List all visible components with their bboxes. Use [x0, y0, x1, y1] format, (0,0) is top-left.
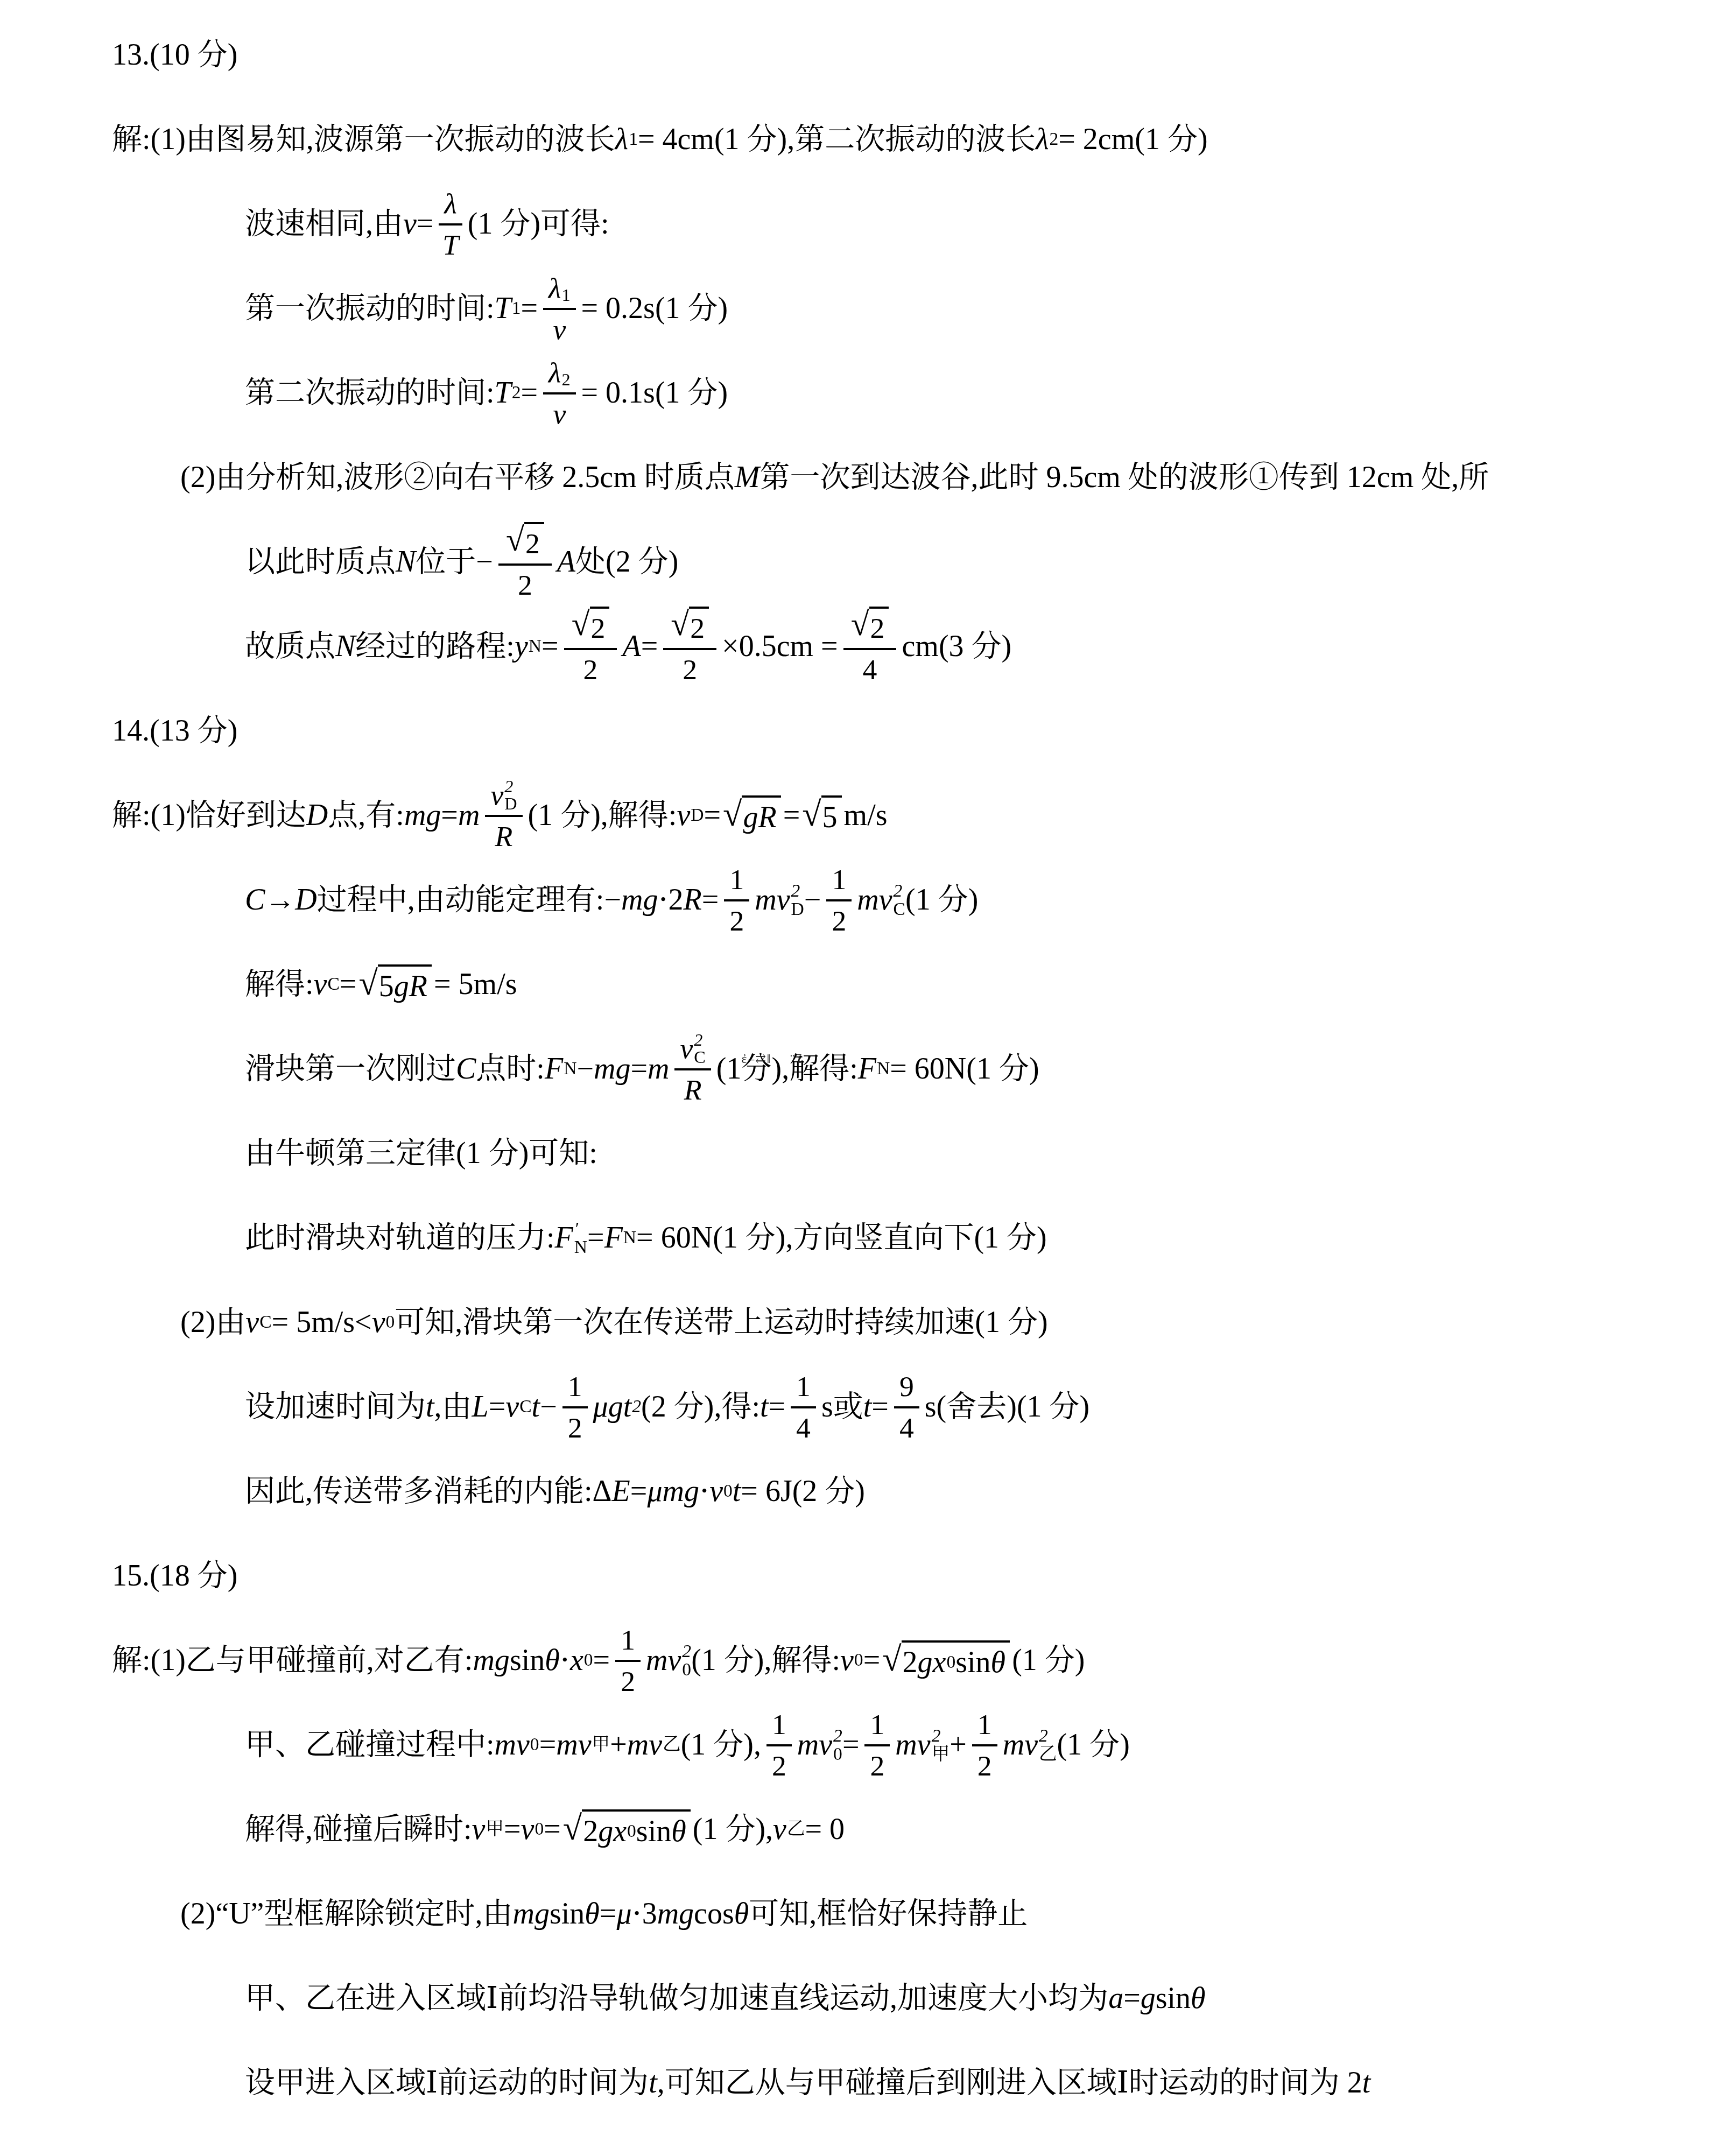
math-variable: N — [396, 544, 416, 580]
q13-point-n-position: 以此时质点 N 位于−√22A 处(2 分) — [0, 520, 1709, 604]
math-upright: = 0 — [805, 1812, 845, 1848]
fraction-denominator: T — [442, 226, 459, 263]
subscript: N — [574, 1238, 587, 1257]
superscript: 2 — [833, 1727, 842, 1745]
fraction-denominator: 2 — [683, 650, 697, 687]
radical: √2gx0 sinθ — [563, 1809, 691, 1850]
fraction-denominator: R — [495, 817, 513, 854]
fraction: √22 — [663, 607, 716, 687]
subscript: C — [894, 900, 905, 919]
math-upright: 4 — [863, 652, 877, 687]
text-run: 点时: — [476, 1051, 545, 1087]
subscript: 0 — [627, 1821, 636, 1842]
math-upright: = — [702, 882, 719, 918]
math-variable: λ — [444, 186, 456, 221]
subscript: 1 — [561, 285, 570, 306]
q13-header: 13.(10 分) — [0, 13, 1709, 97]
math-upright: ⋅ — [699, 1474, 709, 1510]
math-upright: 2 — [583, 652, 598, 687]
math-variable: a — [1108, 1981, 1123, 2017]
math-variable: N — [335, 629, 355, 665]
fraction: 12 — [972, 1707, 997, 1783]
math-upright: cos — [694, 1896, 734, 1932]
text-run: ,由 — [434, 1389, 472, 1425]
q14-part1-point-d: 解:(1)恰好到达 D 点,有: mg = mv2DR(1 分),解得: vD … — [0, 773, 1709, 858]
sub-sup-stack: 2甲 — [932, 1727, 950, 1763]
subscript: 乙 — [787, 1819, 805, 1840]
math-upright: = 60N — [890, 1051, 966, 1087]
math-upright: 1 — [832, 862, 846, 897]
text-run: (1 分),解得: — [691, 1643, 840, 1679]
math-variable: θ — [585, 1896, 600, 1932]
math-variable: M — [735, 460, 760, 496]
math-upright: ⋅2 — [658, 882, 683, 918]
math-variable: θ — [671, 1814, 686, 1850]
text-run: ,可知乙从与甲碰撞后到刚进入区域Ⅰ时运动的时间为 2 — [657, 2065, 1362, 2101]
subscript: 甲 — [932, 1745, 950, 1764]
subscript: 1 — [512, 298, 521, 319]
q15-part2-u-frame: (2)“U”型框解除锁定时,由 mg sinθ = μ⋅3mg cosθ 可知,… — [0, 1872, 1709, 1956]
math-variable: A — [557, 544, 575, 580]
radicand: 2 — [689, 607, 709, 646]
text-run: 设加速时间为 — [245, 1389, 426, 1425]
math-variable: v — [709, 1474, 723, 1510]
text-run: 解得: — [245, 967, 314, 1003]
fraction: √22 — [498, 522, 552, 602]
math-variable: v — [553, 312, 566, 347]
math-upright: 1 — [621, 1623, 635, 1658]
text-run: 经过的路程: — [355, 629, 515, 665]
math-upright: − — [540, 1389, 557, 1425]
text-run: (1 分),解得: — [528, 798, 677, 834]
math-upright: cm — [902, 629, 938, 665]
fraction: 12 — [724, 862, 749, 938]
text-run: 甲、乙在进入区域Ⅰ前均沿导轨做匀加速直线运动,加速度大小均为 — [245, 1981, 1108, 2017]
subscript: 甲 — [592, 1734, 610, 1756]
fraction-denominator: R — [684, 1070, 702, 1108]
math-variable: μg — [593, 1389, 623, 1425]
q13-path-length: 故质点 N 经过的路程: yN = √22A = √22×0.5cm = √24… — [0, 604, 1709, 689]
math-upright: 1 — [977, 1707, 992, 1742]
math-variable: t — [1362, 2065, 1371, 2101]
text-run: 处(2 分) — [575, 544, 678, 580]
math-upright: ⋅3 — [631, 1896, 657, 1932]
subscript: 1 — [629, 129, 638, 150]
subscript: N — [529, 636, 541, 657]
math-variable: v — [840, 1643, 854, 1679]
math-variable: gR — [394, 969, 427, 1005]
subscript: 0 — [723, 1481, 733, 1502]
text-run: 滑块第一次刚过 — [245, 1051, 456, 1087]
text-run: 解:(1)恰好到达 — [112, 798, 306, 834]
fraction-numerator: λ2 — [543, 355, 575, 394]
math-variable: mv — [556, 1727, 591, 1763]
text-run: 位于 — [416, 544, 476, 580]
math-variable: θ — [991, 1645, 1006, 1681]
math-variable: v — [472, 1812, 486, 1848]
subscript: D — [691, 805, 704, 826]
math-upright: = — [441, 798, 458, 834]
fraction: λT — [439, 186, 462, 262]
q14-first-pass-c: 滑块第一次刚过 C 点时: FN − mg = mv2CR(1 ἐ–⇄ǁ分), … — [0, 1027, 1709, 1111]
math-variable: t — [532, 1389, 540, 1425]
q15-after-collision: 解得,碰撞后瞬时: v甲 = v0 = √2gx0 sinθ (1 分), v乙… — [0, 1787, 1709, 1872]
fraction-denominator: 2 — [772, 1746, 786, 1784]
sub-sup-stack: 2C — [694, 1031, 706, 1066]
radical-sign: √ — [358, 966, 377, 1001]
math-upright: 2 — [683, 652, 697, 687]
radical-sign: √ — [506, 524, 524, 557]
text-run: 可知,框恰好保持静止 — [749, 1896, 1028, 1932]
math-upright: 2 — [870, 1749, 884, 1784]
math-variable: μmg — [647, 1474, 699, 1510]
math-upright: = — [539, 1727, 557, 1763]
math-upright: = 6J — [741, 1474, 792, 1510]
radical: √2 — [671, 607, 709, 646]
fraction-denominator: 4 — [796, 1408, 811, 1446]
q14-cd-energy-theorem: C→D 过程中,由动能定理有: −mg⋅2R = 12mv2D − 12mv2C… — [0, 858, 1709, 942]
math-upright: = 5m/s — [434, 967, 517, 1003]
text-run: 15.(18 分) — [112, 1558, 237, 1594]
subscript: D — [791, 900, 804, 919]
math-variable: v — [314, 967, 327, 1003]
math-variable: mg — [473, 1643, 509, 1679]
radicand: 2gx0 sinθ — [902, 1640, 1010, 1681]
q14-track-force: 此时滑块对轨道的压力: F′N = FN = 60N (1 分),方向竖直向下(… — [0, 1196, 1709, 1280]
math-upright: 4 — [899, 1411, 914, 1446]
text-run: (1 分) — [655, 375, 728, 411]
math-upright: 2 — [591, 611, 606, 646]
math-upright: − — [576, 1051, 594, 1087]
math-variable: D — [306, 798, 328, 834]
math-upright: 2 — [977, 1749, 992, 1784]
fraction-numerator: 1 — [724, 862, 749, 901]
q15-uniform-acceleration: 甲、乙在进入区域Ⅰ前均沿导轨做匀加速直线运动,加速度大小均为 a = g sin… — [0, 1956, 1709, 2041]
subscript: 0 — [833, 1745, 842, 1764]
math-variable: F — [604, 1220, 623, 1256]
subscript: 乙 — [1039, 1745, 1057, 1764]
subscript: 0 — [534, 1819, 544, 1840]
math-upright: 2 — [621, 1664, 635, 1699]
math-upright: = — [489, 1389, 506, 1425]
fraction-numerator: 1 — [864, 1707, 890, 1746]
math-upright: 2 — [832, 904, 846, 939]
math-variable: C — [245, 882, 265, 918]
math-variable: A — [622, 629, 641, 665]
math-upright: = — [587, 1220, 604, 1256]
math-upright: 2 — [690, 611, 705, 646]
math-variable: E — [612, 1474, 630, 1510]
math-variable: y — [515, 629, 528, 665]
text-run: 13.(10 分) — [112, 37, 237, 73]
math-upright: 1 — [568, 1369, 582, 1404]
math-upright: = — [769, 1389, 786, 1425]
sub-sup-stack: 20 — [682, 1643, 691, 1679]
text-run: 第一次振动的时间: — [245, 291, 495, 327]
math-variable: m — [458, 798, 480, 834]
q14-part2-belt: (2)由 vC = 5m/s<v0 可知,滑块第一次在传送带上运动时持续加速(1… — [0, 1280, 1709, 1365]
math-variable: T — [495, 291, 511, 327]
text-run: (1 分),第二次振动的波长 — [714, 122, 1036, 158]
sub-sup-stack: 2D — [791, 882, 804, 918]
math-upright: = — [541, 629, 559, 665]
text-run: (舍去)(1 分) — [937, 1389, 1090, 1425]
radical-sign: √ — [851, 608, 869, 642]
math-variable: mg — [512, 1896, 549, 1932]
text-run: 故质点 — [245, 629, 335, 665]
superscript: 2 — [791, 882, 800, 900]
math-upright: 5 — [822, 800, 838, 836]
text-run: (2 分) — [792, 1474, 865, 1510]
subscript: 2 — [1049, 129, 1058, 150]
fraction-denominator: 4 — [863, 650, 877, 687]
sub-sup-stack: 2C — [894, 882, 905, 918]
text-run: 解:(1)由图易知,波源第一次振动的波长 — [112, 122, 615, 158]
math-variable: D — [295, 882, 317, 918]
q13-wave-speed: 波速相同,由v = λT(1 分)可得: — [0, 182, 1709, 266]
text-run: (2 分),得: — [641, 1389, 760, 1425]
fraction-numerator: 1 — [766, 1707, 792, 1746]
math-upright: 2 — [729, 904, 744, 939]
radicand: gR — [742, 795, 780, 836]
fraction: √24 — [843, 607, 897, 687]
math-variable: t — [733, 1474, 741, 1510]
math-variable: v — [245, 1305, 259, 1341]
math-variable: λ — [615, 122, 628, 158]
fraction-numerator: √2 — [498, 522, 552, 566]
fraction: 12 — [562, 1369, 588, 1445]
subscript: C — [327, 974, 339, 995]
radicand: 2gx0 sinθ — [582, 1809, 691, 1850]
radical-sign: √ — [563, 1811, 582, 1845]
math-variable: λ — [548, 271, 561, 306]
math-variable: mv — [895, 1727, 930, 1763]
radicand: 2 — [590, 607, 610, 646]
text-run: 或 — [833, 1389, 863, 1425]
text-run: (1 分) — [905, 882, 978, 918]
text-run: 设甲进入区域Ⅰ前运动的时间为 — [245, 2065, 649, 2101]
subscript: C — [259, 1312, 271, 1333]
text-run: (3 分) — [939, 629, 1011, 665]
text-run: 第一次到达波谷,此时 9.5cm 处的波形①传到 12cm 处,所 — [759, 460, 1489, 496]
radical: √2 — [506, 522, 544, 561]
math-variable: θ — [1191, 1981, 1206, 2017]
text-run: 以此时质点 — [245, 544, 396, 580]
math-variable: v — [680, 1031, 693, 1066]
math-upright: 1 — [870, 1707, 884, 1742]
fraction-numerator: 1 — [562, 1369, 588, 1408]
math-upright: − — [476, 544, 493, 580]
fraction-numerator: v2C — [674, 1031, 711, 1070]
radical: √gR — [723, 795, 781, 836]
fraction: v2DR — [485, 778, 522, 854]
text-run: (1 分) — [1135, 122, 1207, 158]
math-variable: μ — [616, 1896, 631, 1932]
subscript: 甲 — [486, 1819, 504, 1840]
math-upright: m/s — [844, 798, 888, 834]
sub-sup-stack: 2D — [504, 778, 517, 813]
math-upright: sin — [510, 1643, 545, 1679]
radicand: 5gR — [378, 964, 432, 1005]
subscript: N — [877, 1058, 890, 1080]
math-variable: θ — [734, 1896, 749, 1932]
fraction: 14 — [791, 1369, 816, 1445]
math-upright: sin — [1156, 1981, 1191, 2017]
text-run: (1 分) — [966, 1051, 1039, 1087]
text-run: 因此,传送带多消耗的内能: — [245, 1474, 593, 1510]
q14-header: 14.(13 分) — [0, 689, 1709, 773]
math-variable: g — [1141, 1981, 1156, 2017]
subscript: 0 — [530, 1734, 539, 1756]
fraction: 12 — [826, 862, 852, 938]
fraction: λ1v — [543, 271, 575, 347]
q15-part1-before-collision: 解:(1)乙与甲碰撞前,对乙有: mg sinθ⋅x0 = 12mv20(1 分… — [0, 1618, 1709, 1703]
math-variable: gx — [598, 1814, 627, 1850]
fraction-denominator: v — [553, 394, 566, 432]
math-upright: = — [504, 1812, 521, 1848]
radical-sign: √ — [723, 797, 742, 832]
fraction-denominator: 2 — [583, 650, 598, 687]
text-run: (1 分)可得: — [468, 206, 609, 242]
superscript: 2 — [932, 1727, 941, 1745]
math-variable: mg — [594, 1051, 630, 1087]
fraction: 12 — [615, 1623, 641, 1699]
fraction: 12 — [766, 1707, 792, 1783]
fraction-denominator: 2 — [977, 1746, 992, 1784]
math-upright: − — [604, 882, 621, 918]
subscript: 乙 — [663, 1734, 681, 1756]
text-run: 解得,碰撞后瞬时: — [245, 1812, 472, 1848]
math-variable: mv — [797, 1727, 832, 1763]
sub-sup-stack: 2乙 — [1039, 1727, 1057, 1763]
math-variable: T — [495, 375, 511, 411]
math-variable: mg — [404, 798, 441, 834]
math-variable: R — [495, 819, 513, 854]
math-upright: sin — [550, 1896, 585, 1932]
math-variable: mg — [621, 882, 658, 918]
math-upright: 2 — [525, 526, 540, 561]
math-upright: = — [521, 291, 538, 327]
text-run: (2)由 — [180, 1305, 245, 1341]
math-variable: λ — [548, 355, 561, 390]
radical-sign: √ — [802, 797, 821, 832]
math-upright: 2 — [903, 1645, 918, 1681]
math-variable: θ — [545, 1643, 560, 1679]
math-upright: 2 — [870, 611, 885, 646]
fraction-denominator: v — [553, 310, 566, 347]
text-run: (1 — [716, 1051, 742, 1087]
radical-sign: √ — [671, 608, 689, 642]
text-run: 过程中,由动能定理有: — [317, 882, 604, 918]
math-variable: v — [677, 798, 690, 834]
math-upright: = — [630, 1051, 648, 1087]
math-upright: + — [950, 1727, 967, 1763]
fraction-denominator: 2 — [518, 566, 532, 603]
superscript: 2 — [694, 1031, 702, 1048]
math-variable: t — [623, 1389, 632, 1425]
fraction-numerator: √2 — [843, 607, 897, 650]
text-run: 14.(13 分) — [112, 713, 237, 749]
superscript: ′ — [574, 1220, 578, 1238]
math-upright: 4 — [796, 1411, 811, 1446]
subscript: 0 — [682, 1661, 691, 1679]
math-upright: = 0.1s — [581, 375, 655, 411]
text-run: 由牛顿第三定律(1 分)可知: — [245, 1136, 597, 1172]
math-upright: = — [871, 1389, 889, 1425]
math-upright: = — [704, 798, 721, 834]
fraction-numerator: v2D — [485, 778, 522, 817]
math-variable: mv — [755, 882, 790, 918]
fraction: √22 — [564, 607, 617, 687]
math-upright: 9 — [899, 1369, 914, 1404]
math-upright: 2 — [583, 1814, 598, 1850]
math-upright: ⋅ — [560, 1643, 570, 1679]
text-run: 此时滑块对轨道的压力: — [245, 1220, 555, 1256]
math-variable: L — [472, 1389, 489, 1425]
q13-part1-wavelengths: 解:(1)由图易知,波源第一次振动的波长λ1 = 4cm(1 分),第二次振动的… — [0, 97, 1709, 182]
radical-sign: √ — [572, 608, 590, 642]
math-variable: t — [426, 1389, 434, 1425]
math-variable: v — [372, 1305, 385, 1341]
text-run: (2)“U”型框解除锁定时,由 — [180, 1896, 512, 1932]
radical: √2 — [572, 607, 610, 646]
radicand: 2 — [524, 522, 544, 561]
math-variable: mg — [657, 1896, 694, 1932]
radicand: 2 — [869, 607, 889, 646]
math-variable: v — [490, 778, 503, 813]
fraction-numerator: 9 — [894, 1369, 919, 1408]
text-run: 可知,滑块第一次在传送带上运动时持续加速(1 分) — [395, 1305, 1047, 1341]
math-upright: = — [1123, 1981, 1141, 2017]
fraction: 12 — [864, 1707, 890, 1783]
q13-second-period: 第二次振动的时间: T2 = λ2v = 0.1s(1 分) — [0, 351, 1709, 435]
math-upright: = — [417, 206, 434, 242]
math-upright: 2 — [568, 1411, 582, 1446]
text-run: 解:(1)乙与甲碰撞前,对乙有: — [112, 1643, 473, 1679]
math-variable: mv — [857, 882, 892, 918]
math-upright: = — [641, 629, 658, 665]
answer-sheet-page: 13.(10 分)解:(1)由图易知,波源第一次振动的波长λ1 = 4cm(1 … — [0, 0, 1709, 2125]
math-upright: = — [521, 375, 538, 411]
math-upright: = — [783, 798, 800, 834]
math-variable: mv — [627, 1727, 662, 1763]
text-run: (1 分),方向竖直向下(1 分) — [713, 1220, 1047, 1256]
radical: √5 — [802, 795, 841, 836]
text-run: 甲、乙碰撞过程中: — [245, 1727, 495, 1763]
math-upright: = — [340, 967, 357, 1003]
text-run: 点,有: — [328, 798, 404, 834]
superscript: 2 — [682, 1643, 691, 1661]
math-upright: sin — [955, 1645, 990, 1681]
math-upright: − — [804, 882, 821, 918]
text-run: (1 分) — [655, 291, 728, 327]
fraction-numerator: 1 — [791, 1369, 816, 1408]
fraction-numerator: 1 — [615, 1623, 641, 1662]
math-upright: = — [544, 1812, 561, 1848]
math-upright: + — [610, 1727, 627, 1763]
superscript: 2 — [894, 882, 903, 900]
text-run: (1 分) — [1012, 1643, 1085, 1679]
math-upright: 5 — [379, 969, 394, 1005]
q14-internal-energy: 因此,传送带多消耗的内能: ΔE = μmg⋅v0t = 6J (2 分) — [0, 1449, 1709, 1534]
math-variable: R — [684, 882, 702, 918]
math-variable: F — [858, 1051, 876, 1087]
sub-sup-stack: 20 — [833, 1727, 842, 1763]
text-run: (1 分) — [1057, 1727, 1130, 1763]
math-upright: = 2cm — [1058, 122, 1135, 158]
math-variable: mv — [646, 1643, 681, 1679]
radicand: 5 — [821, 795, 842, 836]
